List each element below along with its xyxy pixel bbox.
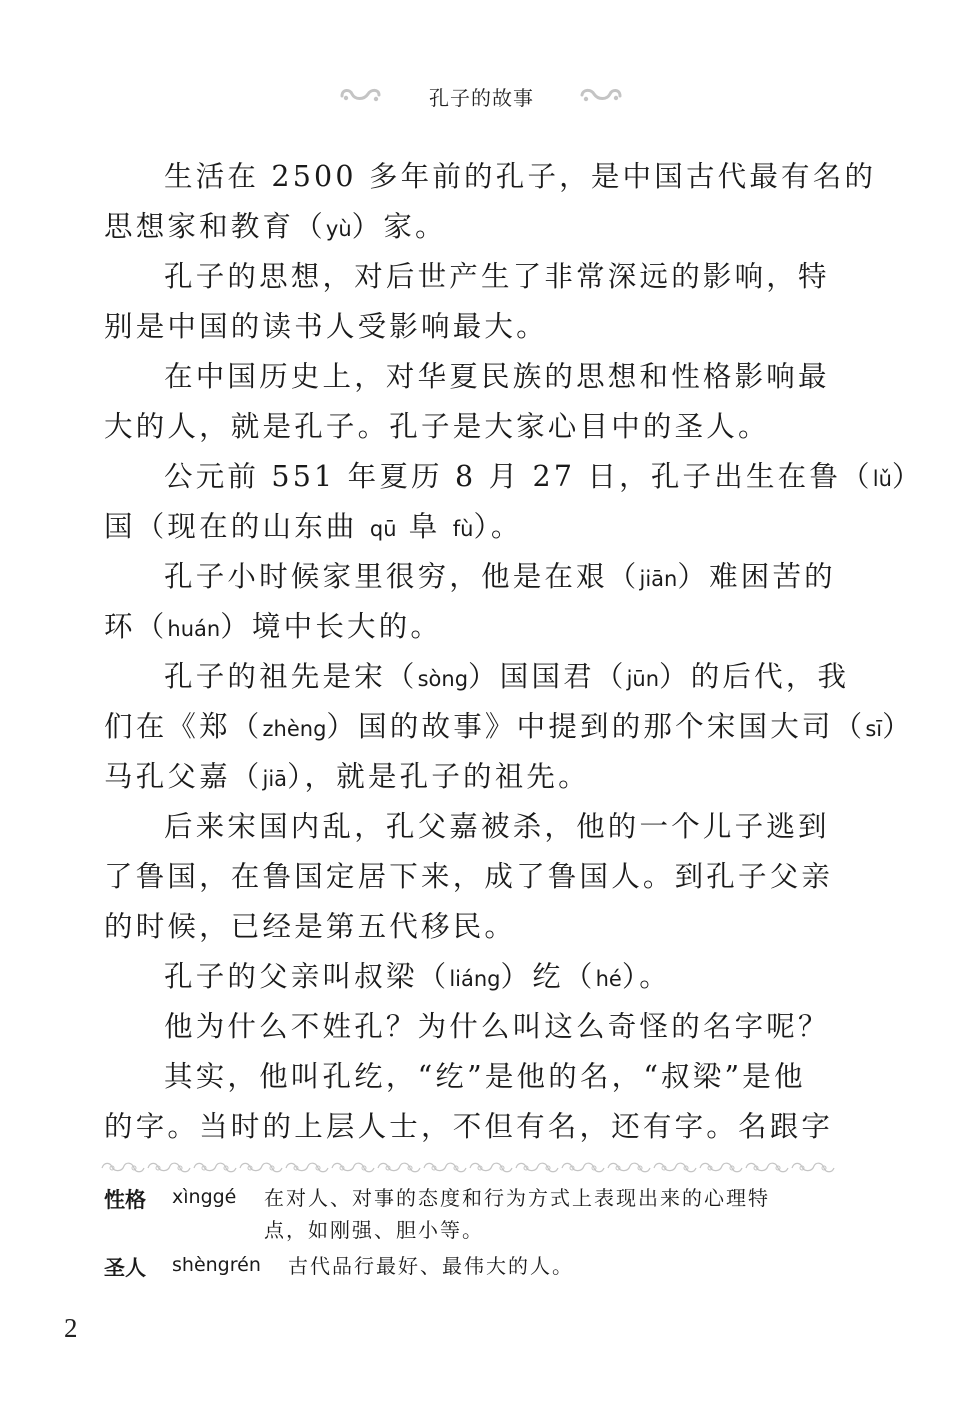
text-span: 马孔父嘉（ [104, 760, 263, 793]
pinyin-annotation: jūn [627, 667, 659, 691]
text-line: 的字。当时的上层人士，不但有名，还有字。名跟字 [104, 1102, 836, 1152]
text-line: 孔子的父亲叫叔梁（liáng）纥（hé）。 [104, 952, 836, 1002]
text-line: 孔子的思想，对后世产生了非常深远的影响，特 [104, 252, 836, 302]
text-line: 国（现在的山东曲 qū 阜 fù）。 [104, 502, 836, 552]
text-span: 孔子的父亲叫叔梁（ [164, 960, 449, 993]
pinyin-annotation: sī [865, 717, 882, 741]
text-span: 了鲁国，在鲁国定居下来，成了鲁国人。到孔子父亲 [104, 860, 833, 893]
glossary-definition: 古代品行最好、最伟大的人。 [288, 1250, 574, 1282]
pinyin-annotation: yù [326, 217, 352, 241]
glossary-definition: 在对人、对事的态度和行为方式上表现出来的心理特 [264, 1182, 770, 1214]
chapter-title: 孔子的故事 [0, 82, 963, 111]
text-span: ）。 [473, 510, 522, 543]
text-span: ）境中长大的。 [220, 610, 442, 643]
text-line: 别是中国的读书人受影响最大。 [104, 302, 836, 352]
body-text: 生活在 2500 多年前的孔子，是中国古代最有名的思想家和教育（yù）家。孔子的… [104, 152, 836, 1152]
pinyin-annotation: zhèng [263, 717, 327, 741]
text-line: 的时候，已经是第五代移民。 [104, 902, 836, 952]
text-span: ） [892, 460, 924, 493]
text-line: 后来宋国内乱，孔父嘉被杀，他的一个儿子逃到 [104, 802, 836, 852]
pinyin-annotation: qū [370, 517, 397, 541]
pinyin-annotation: sòng [418, 667, 468, 691]
text-span: 生活在 2500 多年前的孔子，是中国古代最有名的 [164, 160, 876, 193]
glossary-term: 性格 [104, 1184, 146, 1214]
text-line: 孔子小时候家里很穷，他是在艰（jiān）难困苦的 [104, 552, 836, 602]
text-line: 生活在 2500 多年前的孔子，是中国古代最有名的 [104, 152, 836, 202]
text-span: 思想家和教育（ [104, 210, 326, 243]
text-line: 环（huán）境中长大的。 [104, 602, 836, 652]
text-line: 们在《郑（zhèng）国的故事》中提到的那个宋国大司（sī） [104, 702, 836, 752]
text-span: 环（ [104, 610, 167, 643]
ornamental-divider [100, 1160, 836, 1176]
text-line: 在中国历史上，对华夏民族的思想和性格影响最 [104, 352, 836, 402]
glossary-term: 圣人 [104, 1252, 146, 1282]
text-span: ）。 [622, 960, 671, 993]
text-span: ）国的故事》中提到的那个宋国大司（ [326, 710, 865, 743]
running-header: 孔子的故事 [0, 80, 963, 114]
text-line: 孔子的祖先是宋（sòng）国国君（jūn）的后代，我 [104, 652, 836, 702]
text-line: 公元前 551 年夏历 8 月 27 日，孔子出生在鲁（lǔ） [104, 452, 836, 502]
text-span: 在中国历史上，对华夏民族的思想和性格影响最 [164, 360, 830, 393]
text-span: 他为什么不姓孔？为什么叫这么奇怪的名字呢？ [164, 1010, 830, 1043]
text-line: 马孔父嘉（jiā），就是孔子的祖先。 [104, 752, 836, 802]
pinyin-annotation: fù [453, 517, 474, 541]
text-span: 国（现在的山东曲 [104, 510, 370, 543]
text-span: 其实，他叫孔纥，“纥”是他的名，“叔梁”是他 [164, 1060, 806, 1093]
pinyin-annotation: lǔ [873, 467, 892, 491]
text-span: 孔子的祖先是宋（ [164, 660, 418, 693]
pinyin-annotation: huán [167, 617, 220, 641]
text-span: 阜 [397, 510, 453, 543]
text-line: 他为什么不姓孔？为什么叫这么奇怪的名字呢？ [104, 1002, 836, 1052]
text-span: 别是中国的读书人受影响最大。 [104, 310, 548, 343]
text-span: ）纥（ [501, 960, 596, 993]
text-span: ）难困苦的 [677, 560, 836, 593]
glossary-definition-continued: 点，如刚强、胆小等。 [264, 1214, 484, 1246]
text-span: 们在《郑（ [104, 710, 263, 743]
pinyin-annotation: jiā [263, 767, 288, 791]
text-span: 的字。当时的上层人士，不但有名，还有字。名跟字 [104, 1110, 833, 1143]
page-number: 2 [64, 1313, 78, 1344]
text-span: 公元前 551 年夏历 8 月 27 日，孔子出生在鲁（ [164, 460, 873, 493]
text-line: 大的人，就是孔子。孔子是大家心目中的圣人。 [104, 402, 836, 452]
glossary-pinyin: shèngrén [172, 1254, 261, 1276]
text-span: ）的后代，我 [659, 660, 849, 693]
text-span: 大的人，就是孔子。孔子是大家心目中的圣人。 [104, 410, 770, 443]
text-span: ）家。 [352, 210, 447, 243]
pinyin-annotation: liáng [449, 967, 500, 991]
text-span: 孔子的思想，对后世产生了非常深远的影响，特 [164, 260, 830, 293]
text-line: 了鲁国，在鲁国定居下来，成了鲁国人。到孔子父亲 [104, 852, 836, 902]
text-span: 的时候，已经是第五代移民。 [104, 910, 516, 943]
text-span: 孔子小时候家里很穷，他是在艰（ [164, 560, 640, 593]
pinyin-annotation: jiān [640, 567, 678, 591]
text-span: 后来宋国内乱，孔父嘉被杀，他的一个儿子逃到 [164, 810, 830, 843]
swirl-ornament-icon [578, 84, 624, 106]
text-line: 思想家和教育（yù）家。 [104, 202, 836, 252]
pinyin-annotation: hé [596, 967, 622, 991]
text-span: ）国国君（ [468, 660, 627, 693]
text-line: 其实，他叫孔纥，“纥”是他的名，“叔梁”是他 [104, 1052, 836, 1102]
text-span: ） [882, 710, 914, 743]
text-span: ），就是孔子的祖先。 [287, 760, 590, 793]
glossary-pinyin: xìnggé [172, 1186, 236, 1208]
